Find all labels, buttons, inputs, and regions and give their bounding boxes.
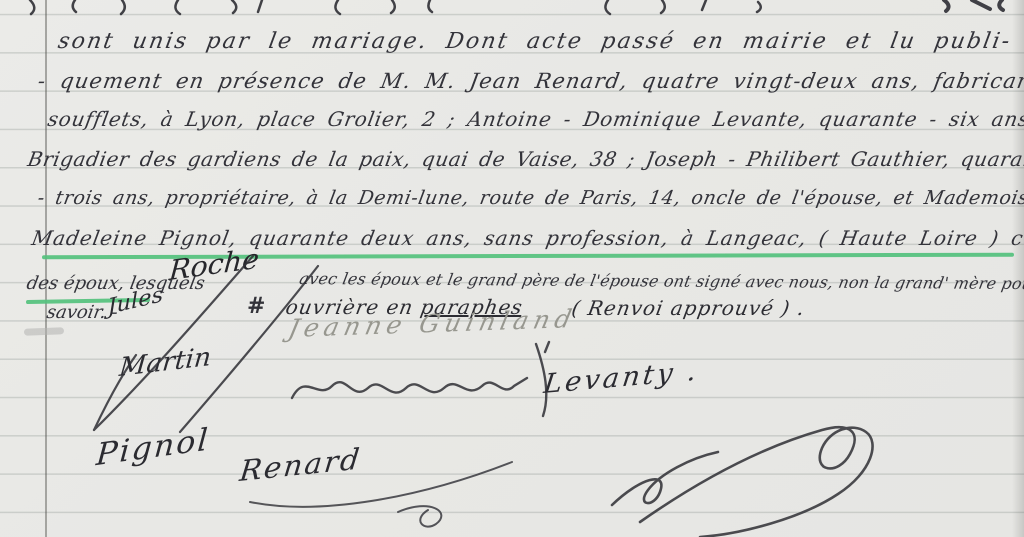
illegible-signature-scrawl — [292, 342, 549, 416]
act-text-line: Brigadier des gardiens de la paix, quai … — [26, 148, 1024, 170]
act-text-line-highlighted: Madeleine Pignol, quarante deux ans, san… — [30, 227, 1024, 249]
act-text-line: - quement en présence de M. M. Jean Rena… — [36, 70, 1024, 93]
pencil-smudge — [24, 327, 64, 335]
act-text-line: avec les époux et le grand père de l'épo… — [298, 270, 1024, 293]
bottom-right-paraph-flourish — [612, 427, 873, 537]
act-text-line: - trois ans, propriétaire, à la Demi-lun… — [36, 188, 1024, 209]
cutoff-text-fragments — [30, 0, 1003, 14]
signature-renard: Renard — [238, 444, 363, 488]
act-text-line: soufflets, à Lyon, place Grolier, 2 ; An… — [46, 108, 1024, 130]
signature-levanty: Levanty . — [542, 357, 701, 400]
signature-pignol: Pignol — [95, 423, 211, 472]
marginal-name-roche: Roche — [168, 244, 260, 287]
act-text-line: sont unis par le mariage. Dont acte pass… — [56, 30, 1013, 54]
renvoi-hash-mark: # — [247, 294, 265, 318]
register-page: sont unis par le mariage. Dont acte pass… — [0, 0, 1024, 537]
renvoi-approved-note: ( Renvoi approuvé ) . — [570, 297, 807, 319]
signature-martin: Martin — [118, 343, 212, 382]
